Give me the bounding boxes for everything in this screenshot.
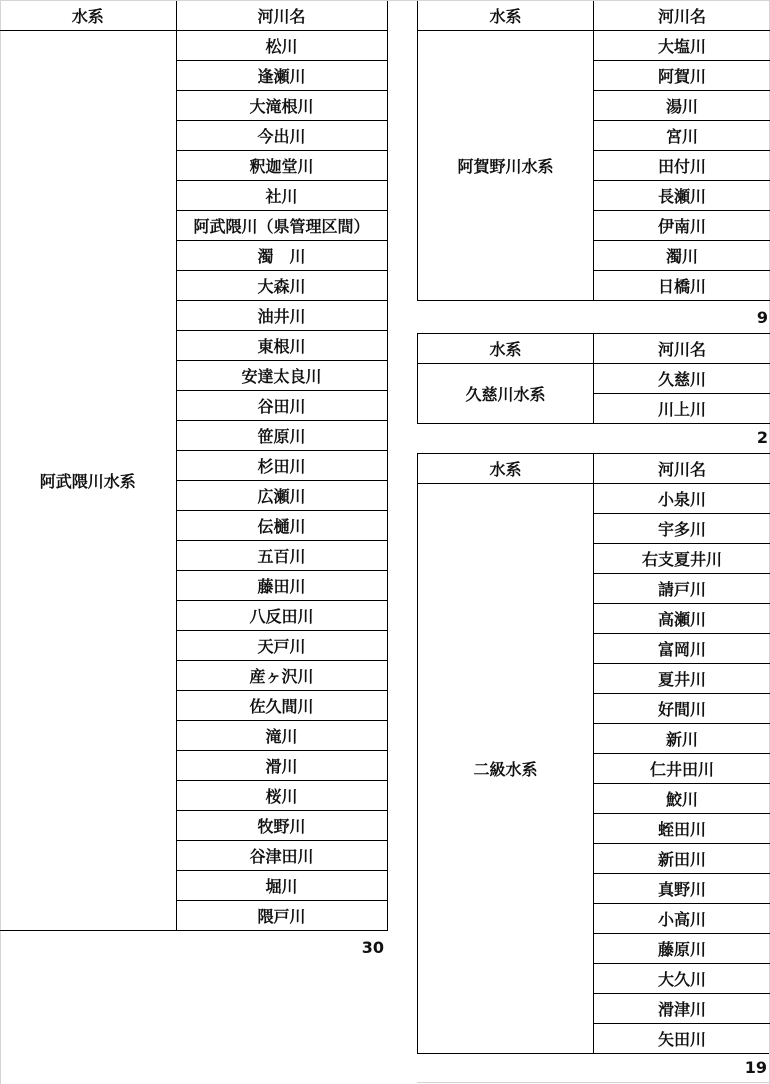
- table-row: 阿賀野川水系大塩川: [418, 31, 770, 61]
- river-name-cell: 八反田川: [176, 601, 387, 631]
- river-name-cell: 阿武隈川（県管理区間）: [176, 211, 387, 241]
- header-system: 水系: [418, 334, 594, 364]
- river-table-kujigawa: 水系 河川名 久慈川水系久慈川川上川: [417, 333, 770, 424]
- river-name-cell: 久慈川: [594, 364, 770, 394]
- river-name-cell: 伝樋川: [176, 511, 387, 541]
- water-system-cell: 二級水系: [418, 484, 594, 1054]
- river-name-cell: 桜川: [176, 781, 387, 811]
- river-name-cell: 新川: [594, 724, 770, 754]
- table-header-row: 水系 河川名: [418, 1, 770, 31]
- river-name-cell: 杉田川: [176, 451, 387, 481]
- river-name-cell: 高瀬川: [594, 604, 770, 634]
- river-name-cell: 川上川: [594, 394, 770, 424]
- river-name-cell: 東根川: [176, 331, 387, 361]
- river-name-cell: 五百川: [176, 541, 387, 571]
- river-name-cell: 滑川: [176, 751, 387, 781]
- river-name-cell: 日橋川: [594, 271, 770, 301]
- table-header-row: 水系 河川名: [0, 1, 387, 31]
- river-name-cell: 湯川: [594, 91, 770, 121]
- header-system: 水系: [418, 454, 594, 484]
- river-name-cell: 宇多川: [594, 514, 770, 544]
- river-name-cell: 滑津川: [594, 994, 770, 1024]
- river-name-cell: 谷津田川: [176, 841, 387, 871]
- header-river: 河川名: [594, 454, 770, 484]
- table-header-row: 水系 河川名: [418, 454, 770, 484]
- table-row: 阿武隈川水系松川: [0, 31, 387, 61]
- river-name-cell: 滝川: [176, 721, 387, 751]
- river-name-cell: 矢田川: [594, 1024, 770, 1054]
- table-header-row: 水系 河川名: [418, 334, 770, 364]
- river-name-cell: 隈戸川: [176, 901, 387, 931]
- river-name-cell: 好間川: [594, 694, 770, 724]
- river-name-cell: 藤田川: [176, 571, 387, 601]
- river-name-cell: 田付川: [594, 151, 770, 181]
- river-name-cell: 小泉川: [594, 484, 770, 514]
- river-name-cell: 谷田川: [176, 391, 387, 421]
- count-kujigawa: 2: [417, 423, 768, 453]
- river-name-cell: 真野川: [594, 874, 770, 904]
- river-name-cell: 伊南川: [594, 211, 770, 241]
- river-name-cell: 産ヶ沢川: [176, 661, 387, 691]
- header-river: 河川名: [594, 334, 770, 364]
- river-name-cell: 濁 川: [176, 241, 387, 271]
- river-name-cell: 釈迦堂川: [176, 151, 387, 181]
- river-name-cell: 阿賀川: [594, 61, 770, 91]
- count-abukuma: 30: [0, 933, 384, 963]
- river-name-cell: 仁井田川: [594, 754, 770, 784]
- river-name-cell: 笹原川: [176, 421, 387, 451]
- water-system-cell: 阿賀野川水系: [418, 31, 594, 301]
- count-second-class: 19: [417, 1053, 770, 1083]
- river-name-cell: 広瀬川: [176, 481, 387, 511]
- river-name-cell: 蛭田川: [594, 814, 770, 844]
- river-name-cell: 宮川: [594, 121, 770, 151]
- river-name-cell: 請戸川: [594, 574, 770, 604]
- river-name-cell: 安達太良川: [176, 361, 387, 391]
- header-river: 河川名: [594, 1, 770, 31]
- river-name-cell: 牧野川: [176, 811, 387, 841]
- river-name-cell: 新田川: [594, 844, 770, 874]
- river-name-cell: 佐久間川: [176, 691, 387, 721]
- river-name-cell: 富岡川: [594, 634, 770, 664]
- count-aganogawa: 9: [417, 303, 768, 333]
- river-table-abukuma: 水系 河川名 阿武隈川水系松川逢瀬川大滝根川今出川釈迦堂川社川阿武隈川（県管理区…: [0, 1, 388, 931]
- river-name-cell: 夏井川: [594, 664, 770, 694]
- river-name-cell: 大滝根川: [176, 91, 387, 121]
- header-system: 水系: [418, 1, 594, 31]
- river-name-cell: 今出川: [176, 121, 387, 151]
- river-name-cell: 堀川: [176, 871, 387, 901]
- table-row: 二級水系小泉川: [418, 484, 770, 514]
- river-name-cell: 油井川: [176, 301, 387, 331]
- river-name-cell: 鮫川: [594, 784, 770, 814]
- river-name-cell: 天戸川: [176, 631, 387, 661]
- river-name-cell: 大森川: [176, 271, 387, 301]
- river-name-cell: 濁川: [594, 241, 770, 271]
- river-name-cell: 松川: [176, 31, 387, 61]
- header-river: 河川名: [176, 1, 387, 31]
- header-system: 水系: [0, 1, 176, 31]
- river-table-aganogawa: 水系 河川名 阿賀野川水系大塩川阿賀川湯川宮川田付川長瀬川伊南川濁川日橋川: [417, 1, 770, 301]
- river-name-cell: 大塩川: [594, 31, 770, 61]
- river-name-cell: 長瀬川: [594, 181, 770, 211]
- river-name-cell: 小高川: [594, 904, 770, 934]
- water-system-cell: 久慈川水系: [418, 364, 594, 424]
- table-row: 久慈川水系久慈川: [418, 364, 770, 394]
- river-table-second-class: 水系 河川名 二級水系小泉川宇多川右支夏井川請戸川高瀬川富岡川夏井川好間川新川仁…: [417, 453, 770, 1054]
- water-system-cell: 阿武隈川水系: [0, 31, 176, 931]
- river-name-cell: 藤原川: [594, 934, 770, 964]
- river-name-cell: 右支夏井川: [594, 544, 770, 574]
- river-name-cell: 大久川: [594, 964, 770, 994]
- river-name-cell: 逢瀬川: [176, 61, 387, 91]
- river-name-cell: 社川: [176, 181, 387, 211]
